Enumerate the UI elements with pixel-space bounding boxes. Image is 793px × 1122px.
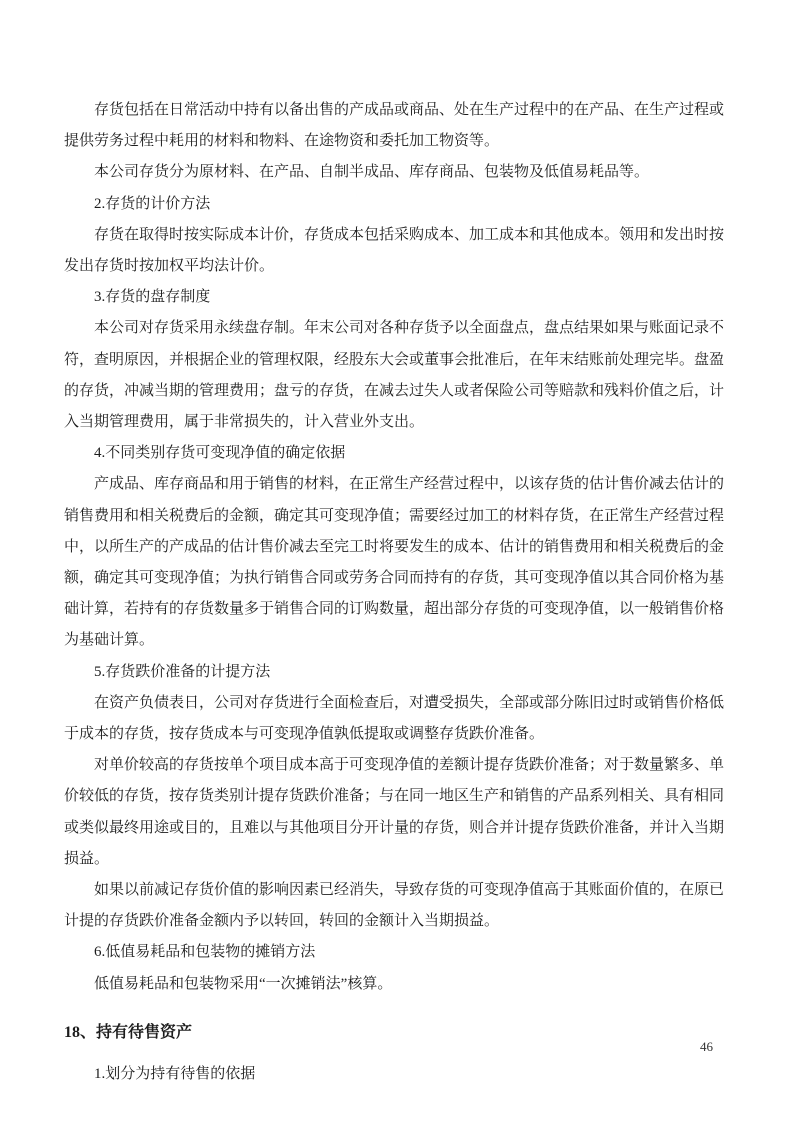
paragraph-writedown-reversal: 如果以前减记存货价值的影响因素已经消失，导致存货的可变现净值高于其账面价值的，在… xyxy=(64,875,724,937)
subheading-amortization-method: 6.低值易耗品和包装物的摊销方法 xyxy=(64,937,724,968)
section-heading-held-for-sale: 18、持有待售资产 xyxy=(64,1017,724,1048)
subheading-valuation-method: 2.存货的计价方法 xyxy=(64,189,724,220)
paragraph-nrv-basis: 产成品、库存商品和用于销售的材料，在正常生产经营过程中，以该存货的估计售价减去估… xyxy=(64,469,724,656)
subheading-writedown-method: 5.存货跌价准备的计提方法 xyxy=(64,657,724,688)
page-number: 46 xyxy=(700,1038,713,1056)
subheading-nrv-basis: 4.不同类别存货可变现净值的确定依据 xyxy=(64,438,724,469)
paragraph-writedown-rules: 对单价较高的存货按单个项目成本高于可变现净值的差额计提存货跌价准备；对于数量繁多… xyxy=(64,750,724,875)
paragraph-amortization-method: 低值易耗品和包装物采用“一次摊销法”核算。 xyxy=(64,969,724,1000)
paragraph-inventory-categories: 本公司存货分为原材料、在产品、自制半成品、库存商品、包装物及低值易耗品等。 xyxy=(64,157,724,188)
paragraph-inventory-definition: 存货包括在日常活动中持有以备出售的产成品或商品、处在生产过程中的在产品、在生产过… xyxy=(64,95,724,157)
paragraph-inventory-system: 本公司对存货采用永续盘存制。年末公司对各种存货予以全面盘点，盘点结果如果与账面记… xyxy=(64,313,724,438)
paragraph-writedown-check: 在资产负债表日，公司对存货进行全面检查后，对遭受损失，全部或部分陈旧过时或销售价… xyxy=(64,688,724,750)
subheading-held-for-sale-basis: 1.划分为持有待售的依据 xyxy=(64,1059,724,1090)
document-page: 存货包括在日常活动中持有以备出售的产成品或商品、处在生产过程中的在产品、在生产过… xyxy=(0,0,793,1122)
subheading-inventory-system: 3.存货的盘存制度 xyxy=(64,282,724,313)
page-body: 存货包括在日常活动中持有以备出售的产成品或商品、处在生产过程中的在产品、在生产过… xyxy=(64,95,724,1090)
paragraph-valuation-method: 存货在取得时按实际成本计价，存货成本包括采购成本、加工成本和其他成本。领用和发出… xyxy=(64,220,724,282)
